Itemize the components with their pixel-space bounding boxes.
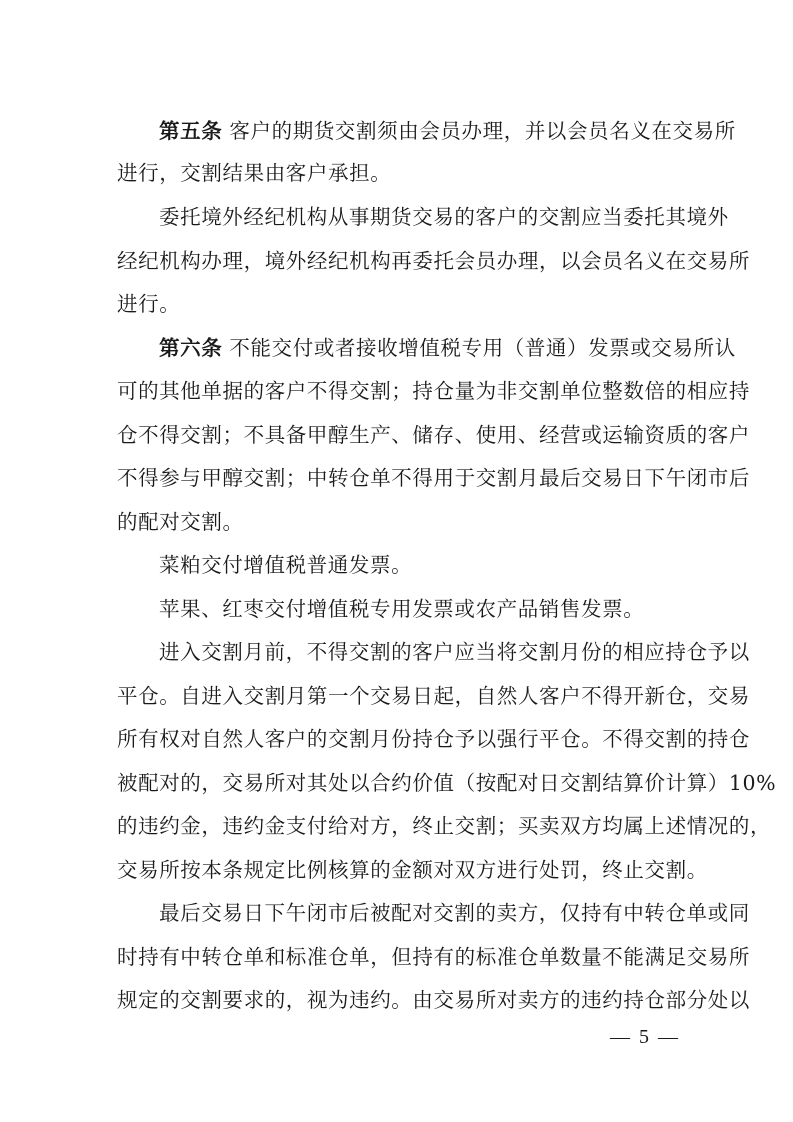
text-line: 规定的交割要求的，视为违约。由交易所对卖方的违约持仓部分处以 <box>117 985 750 1015</box>
text-line: 进行，交割结果由客户承担。 <box>117 158 391 188</box>
page-number: — 5 — <box>610 1026 680 1049</box>
text-line: 进行。 <box>117 289 180 319</box>
text-line: 所有权对自然人客户的交割月份持仓予以强行平仓。不得交割的持仓 <box>117 724 750 754</box>
text-line: 时持有中转仓单和标准仓单，但持有的标准仓单数量不能满足交易所 <box>117 942 750 972</box>
article-6-line-1: 第六条 不能交付或者接收增值税专用（普通）发票或交易所认 <box>159 333 736 363</box>
text-line: 进入交割月前，不得交割的客户应当将交割月份的相应持仓予以 <box>159 637 750 667</box>
text-line: 交易所按本条规定比例核算的金额对双方进行处罚，终止交割。 <box>117 855 708 885</box>
article-5-line-1: 第五条 客户的期货交割须由会员办理，并以会员名义在交易所 <box>159 116 736 146</box>
article-6-heading: 第六条 <box>159 336 222 360</box>
text-line: 菜粕交付增值税普通发票。 <box>159 550 412 580</box>
text-line: 苹果、红枣交付增值税专用发票或农产品销售发票。 <box>159 594 644 624</box>
text-line: 经纪机构办理，境外经纪机构再委托会员办理，以会员名义在交易所 <box>117 246 750 276</box>
text-line: 被配对的，交易所对其处以合约价值（按配对日交割结算价计算）10% <box>117 768 776 798</box>
text-line: 的违约金，违约金支付给对方，终止交割；买卖双方均属上述情况的， <box>117 811 771 841</box>
text-line: 最后交易日下午闭市后被配对交割的卖方，仅持有中转仓单或同 <box>159 898 750 928</box>
text-line: 可的其他单据的客户不得交割；持仓量为非交割单位整数倍的相应持 <box>117 376 750 406</box>
text-line: 的配对交割。 <box>117 507 244 537</box>
text-line: 仓不得交割；不具备甲醇生产、储存、使用、经营或运输资质的客户 <box>117 420 750 450</box>
text-line: 不得参与甲醇交割；中转仓单不得用于交割月最后交易日下午闭市后 <box>117 463 750 493</box>
text-line: 委托境外经纪机构从事期货交易的客户的交割应当委托其境外 <box>159 202 729 232</box>
article-5-heading: 第五条 <box>159 119 222 143</box>
text-line: 平仓。自进入交割月第一个交易日起，自然人客户不得开新仓，交易 <box>117 681 750 711</box>
